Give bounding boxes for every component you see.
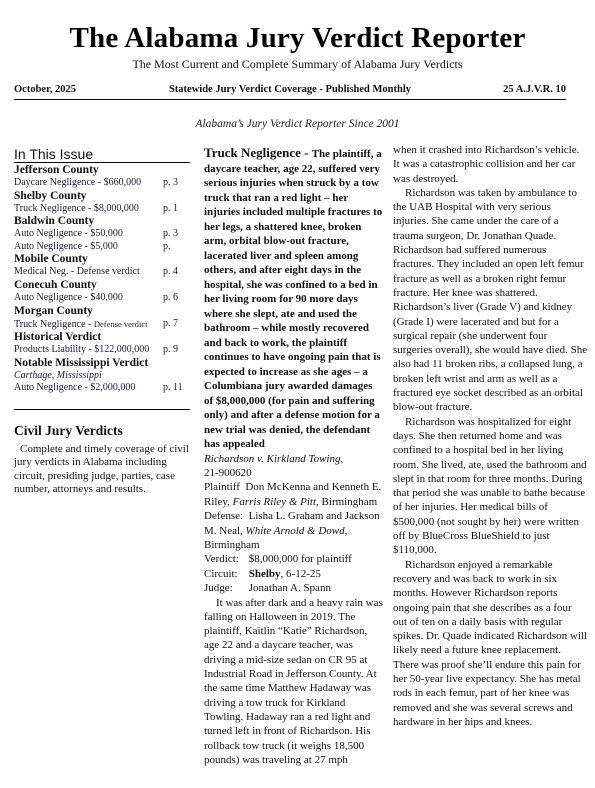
toc-entry-label: Medical Neg. - Defense verdict (14, 266, 140, 277)
citation: 25 A.J.V.R. 10 (503, 84, 566, 95)
case-summary-text: The plaintiff, a daycare teacher, age 22… (204, 148, 382, 450)
toc-entry-page: p. 4 (163, 266, 178, 279)
defense-city: Birmingham (204, 539, 260, 551)
defense-firm: White Arnold & Dowd, (246, 525, 348, 537)
toc-heading: In This Issue (14, 146, 190, 163)
toc-section-heading: Morgan County (14, 305, 190, 318)
middle-column: Truck Negligence - The plaintiff, a dayc… (204, 146, 384, 767)
plaintiff-attorneys: Plaintiff Don McKenna and Kenneth E. Ril… (204, 480, 384, 509)
verdict-label: Verdict: (204, 552, 246, 566)
case-caption: Richardson v. Kirkland Towing, 21-900620 (204, 452, 384, 481)
toc-entry[interactable]: Daycare Negligence - $660,000 p. 3 (14, 177, 190, 190)
toc-location: Carthage, Mississippi (14, 370, 190, 383)
toc-entry-page: p. 7 (163, 318, 178, 331)
verdict-value: $8,000,000 for plaintiff (249, 553, 352, 565)
left-column: In This Issue Jefferson County Daycare N… (14, 146, 190, 497)
coverage-note: Statewide Jury Verdict Coverage - Publis… (14, 84, 566, 95)
toc-entry-label: Truck Negligence - $8,000,000 (14, 203, 139, 214)
toc-entry[interactable]: Auto Negligence - $40,000 p. 6 (14, 292, 190, 305)
case-number: 21-900620 (204, 467, 252, 479)
toc-entry-page: p. (163, 241, 171, 254)
plaintiff-city: Birmingham (322, 496, 378, 508)
toc-entry-page: p. 1 (163, 203, 178, 216)
toc-section-heading: Conecuh County (14, 279, 190, 292)
toc-entry-page: p. 11 (163, 382, 183, 395)
divider (14, 409, 190, 410)
toc-entry-label: Auto Negligence - $50,000 (14, 228, 123, 239)
right-column: when it crashed into Richardson’s vehicl… (393, 143, 588, 729)
masthead-subtitle: The Most Current and Complete Summary of… (0, 57, 595, 72)
judge-name: Jonathan A. Spann (249, 582, 331, 594)
plaintiff-firm: Farris Riley & Pitt, (233, 496, 319, 508)
masthead-title: The Alabama Jury Verdict Reporter (0, 22, 595, 55)
injuries-paragraph: Richardson was taken by ambulance to the… (393, 186, 588, 415)
tagline: Alabama’s Jury Verdict Reporter Since 20… (0, 118, 595, 130)
toc-section-heading: Notable Mississippi Verdict (14, 357, 190, 370)
toc-entry-label: Auto Negligence - $40,000 (14, 292, 123, 303)
toc-entry[interactable]: Medical Neg. - Defense verdict p. 4 (14, 266, 190, 279)
toc-entry[interactable]: Auto Negligence - $2,000,000 p. 11 (14, 382, 190, 395)
verdict-line: Verdict: $8,000,000 for plaintiff (204, 552, 384, 566)
toc-entry-label: Auto Negligence - $5,000 (14, 241, 118, 252)
case-summary: Truck Negligence - The plaintiff, a dayc… (204, 146, 384, 452)
toc-entry[interactable]: Auto Negligence - $50,000 p. 3 (14, 228, 190, 241)
defense-label: Defense: (204, 510, 243, 522)
civil-verdicts-heading: Civil Jury Verdicts (14, 423, 190, 439)
toc-entry[interactable]: Auto Negligence - $5,000 p. (14, 241, 190, 254)
toc-entry-label: Truck Negligence - (14, 319, 94, 330)
toc-entry-page: p. 6 (163, 292, 178, 305)
toc-entry[interactable]: Products Liability - $122,000,000 p. 9 (14, 344, 190, 357)
dateline-bar: October, 2025 Statewide Jury Verdict Cov… (14, 84, 566, 100)
toc-entry-page: p. 3 (163, 177, 178, 190)
toc-entry-label: Daycare Negligence - $660,000 (14, 177, 141, 188)
toc-entry-page: p. 3 (163, 228, 178, 241)
defense-attorneys: Defense: Lisha L. Graham and Jackson M. … (204, 509, 384, 552)
continued-paragraph: when it crashed into Richardson’s vehicl… (393, 143, 588, 186)
toc-entry-page: p. 9 (163, 344, 178, 357)
recovery-paragraph: Richardson enjoyed a remarkable recovery… (393, 558, 588, 730)
toc-entry[interactable]: Truck Negligence - $8,000,000 p. 1 (14, 203, 190, 216)
toc-section-heading: Shelby County (14, 190, 190, 203)
civil-verdicts-body: Complete and timely coverage of civil ju… (14, 443, 190, 497)
circuit-line: Circuit: Shelby, 6-12-25 (204, 567, 384, 581)
toc-entry-label: Products Liability - $122,000,000 (14, 344, 149, 355)
circuit-county: Shelby (249, 568, 281, 580)
circuit-label: Circuit: (204, 567, 246, 581)
toc-entry[interactable]: Truck Negligence - Defense verdict p. 7 (14, 318, 190, 332)
toc-section-heading: Mobile County (14, 253, 190, 266)
toc-entry-label: Auto Negligence - $2,000,000 (14, 382, 135, 393)
toc-section-heading: Baldwin County (14, 215, 190, 228)
hospitalization-paragraph: Richardson was hospitalized for eight da… (393, 415, 588, 558)
case-type-heading: Truck Negligence - (204, 145, 312, 160)
judge-line: Judge: Jonathan A. Spann (204, 581, 384, 595)
case-caption-title: Richardson v. Kirkland Towing, (204, 453, 343, 465)
facts-paragraph: It was after dark and a heavy rain was f… (204, 596, 384, 768)
toc-entry-label-small: Defense verdict (94, 319, 148, 329)
toc-section-heading: Jefferson County (14, 164, 190, 177)
toc-section-heading: Historical Verdict (14, 331, 190, 344)
plaintiff-label: Plaintiff (204, 481, 240, 493)
judge-label: Judge: (204, 581, 246, 595)
circuit-date: , 6-12-25 (281, 568, 321, 580)
